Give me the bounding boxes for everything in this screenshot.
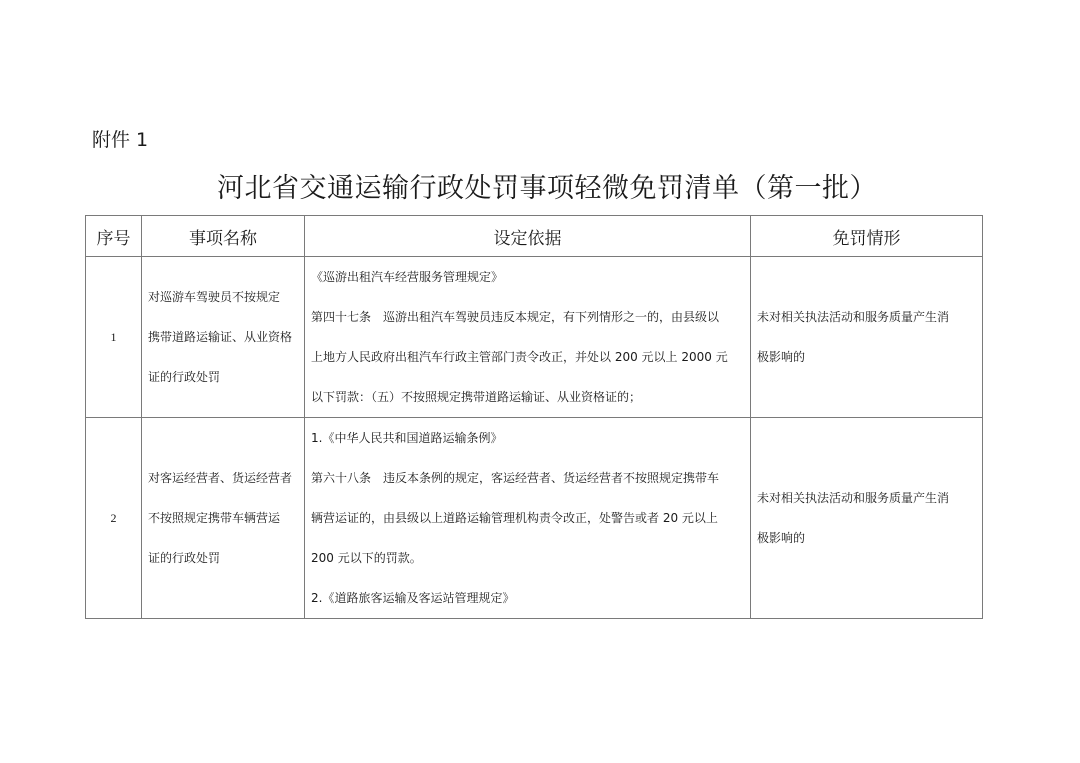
attachment-label: 附件 1: [92, 125, 148, 152]
item-name-line: 证的行政处罚: [148, 357, 298, 397]
header-legal-basis: 设定依据: [305, 216, 751, 257]
row-exemption: 未对相关执法活动和服务质量产生消 极影响的: [751, 418, 983, 619]
exemption-line: 未对相关执法活动和服务质量产生消: [757, 297, 976, 337]
exemption-line: 极影响的: [757, 518, 976, 558]
basis-line: 《巡游出租汽车经营服务管理规定》: [311, 257, 744, 297]
basis-line: 第四十七条 巡游出租汽车驾驶员违反本规定，有下列情形之一的，由县级以: [311, 297, 744, 337]
header-item-name: 事项名称: [142, 216, 305, 257]
table-header-row: 序号 事项名称 设定依据 免罚情形: [86, 216, 983, 257]
table-row: 1 对巡游车驾驶员不按规定 携带道路运输证、从业资格 证的行政处罚 《巡游出租汽…: [86, 257, 983, 418]
table-row: 2 对客运经营者、货运经营者 不按照规定携带车辆营运 证的行政处罚 1.《中华人…: [86, 418, 983, 619]
basis-line: 2.《道路旅客运输及客运站管理规定》: [311, 578, 744, 618]
basis-line: 200 元以下的罚款。: [311, 538, 744, 578]
basis-line: 以下罚款：（五）不按照规定携带道路运输证、从业资格证的；: [311, 377, 744, 417]
row-legal-basis: 《巡游出租汽车经营服务管理规定》 第四十七条 巡游出租汽车驾驶员违反本规定，有下…: [305, 257, 751, 418]
basis-line: 上地方人民政府出租汽车行政主管部门责令改正，并处以 200 元以上 2000 元: [311, 337, 744, 377]
basis-line: 1.《中华人民共和国道路运输条例》: [311, 418, 744, 458]
header-exemption-circumstance: 免罚情形: [751, 216, 983, 257]
exemption-line: 极影响的: [757, 337, 976, 377]
row-item-name: 对客运经营者、货运经营者 不按照规定携带车辆营运 证的行政处罚: [142, 418, 305, 619]
item-name-line: 证的行政处罚: [148, 538, 298, 578]
header-seq: 序号: [86, 216, 142, 257]
row-exemption: 未对相关执法活动和服务质量产生消 极影响的: [751, 257, 983, 418]
document-title: 河北省交通运输行政处罚事项轻微免罚清单（第一批）: [0, 166, 1080, 205]
item-name-line: 不按照规定携带车辆营运: [148, 498, 298, 538]
exemption-list-table: 序号 事项名称 设定依据 免罚情形 1 对巡游车驾驶员不按规定 携带道路运输证、…: [85, 215, 983, 619]
basis-line: 辆营运证的，由县级以上道路运输管理机构责令改正，处警告或者 20 元以上: [311, 498, 744, 538]
item-name-line: 对客运经营者、货运经营者: [148, 458, 298, 498]
item-name-line: 对巡游车驾驶员不按规定: [148, 277, 298, 317]
basis-line: 第六十八条 违反本条例的规定，客运经营者、货运经营者不按照规定携带车: [311, 458, 744, 498]
row-seq: 2: [86, 418, 142, 619]
row-seq: 1: [86, 257, 142, 418]
row-legal-basis: 1.《中华人民共和国道路运输条例》 第六十八条 违反本条例的规定，客运经营者、货…: [305, 418, 751, 619]
exemption-line: 未对相关执法活动和服务质量产生消: [757, 478, 976, 518]
item-name-line: 携带道路运输证、从业资格: [148, 317, 298, 357]
row-item-name: 对巡游车驾驶员不按规定 携带道路运输证、从业资格 证的行政处罚: [142, 257, 305, 418]
